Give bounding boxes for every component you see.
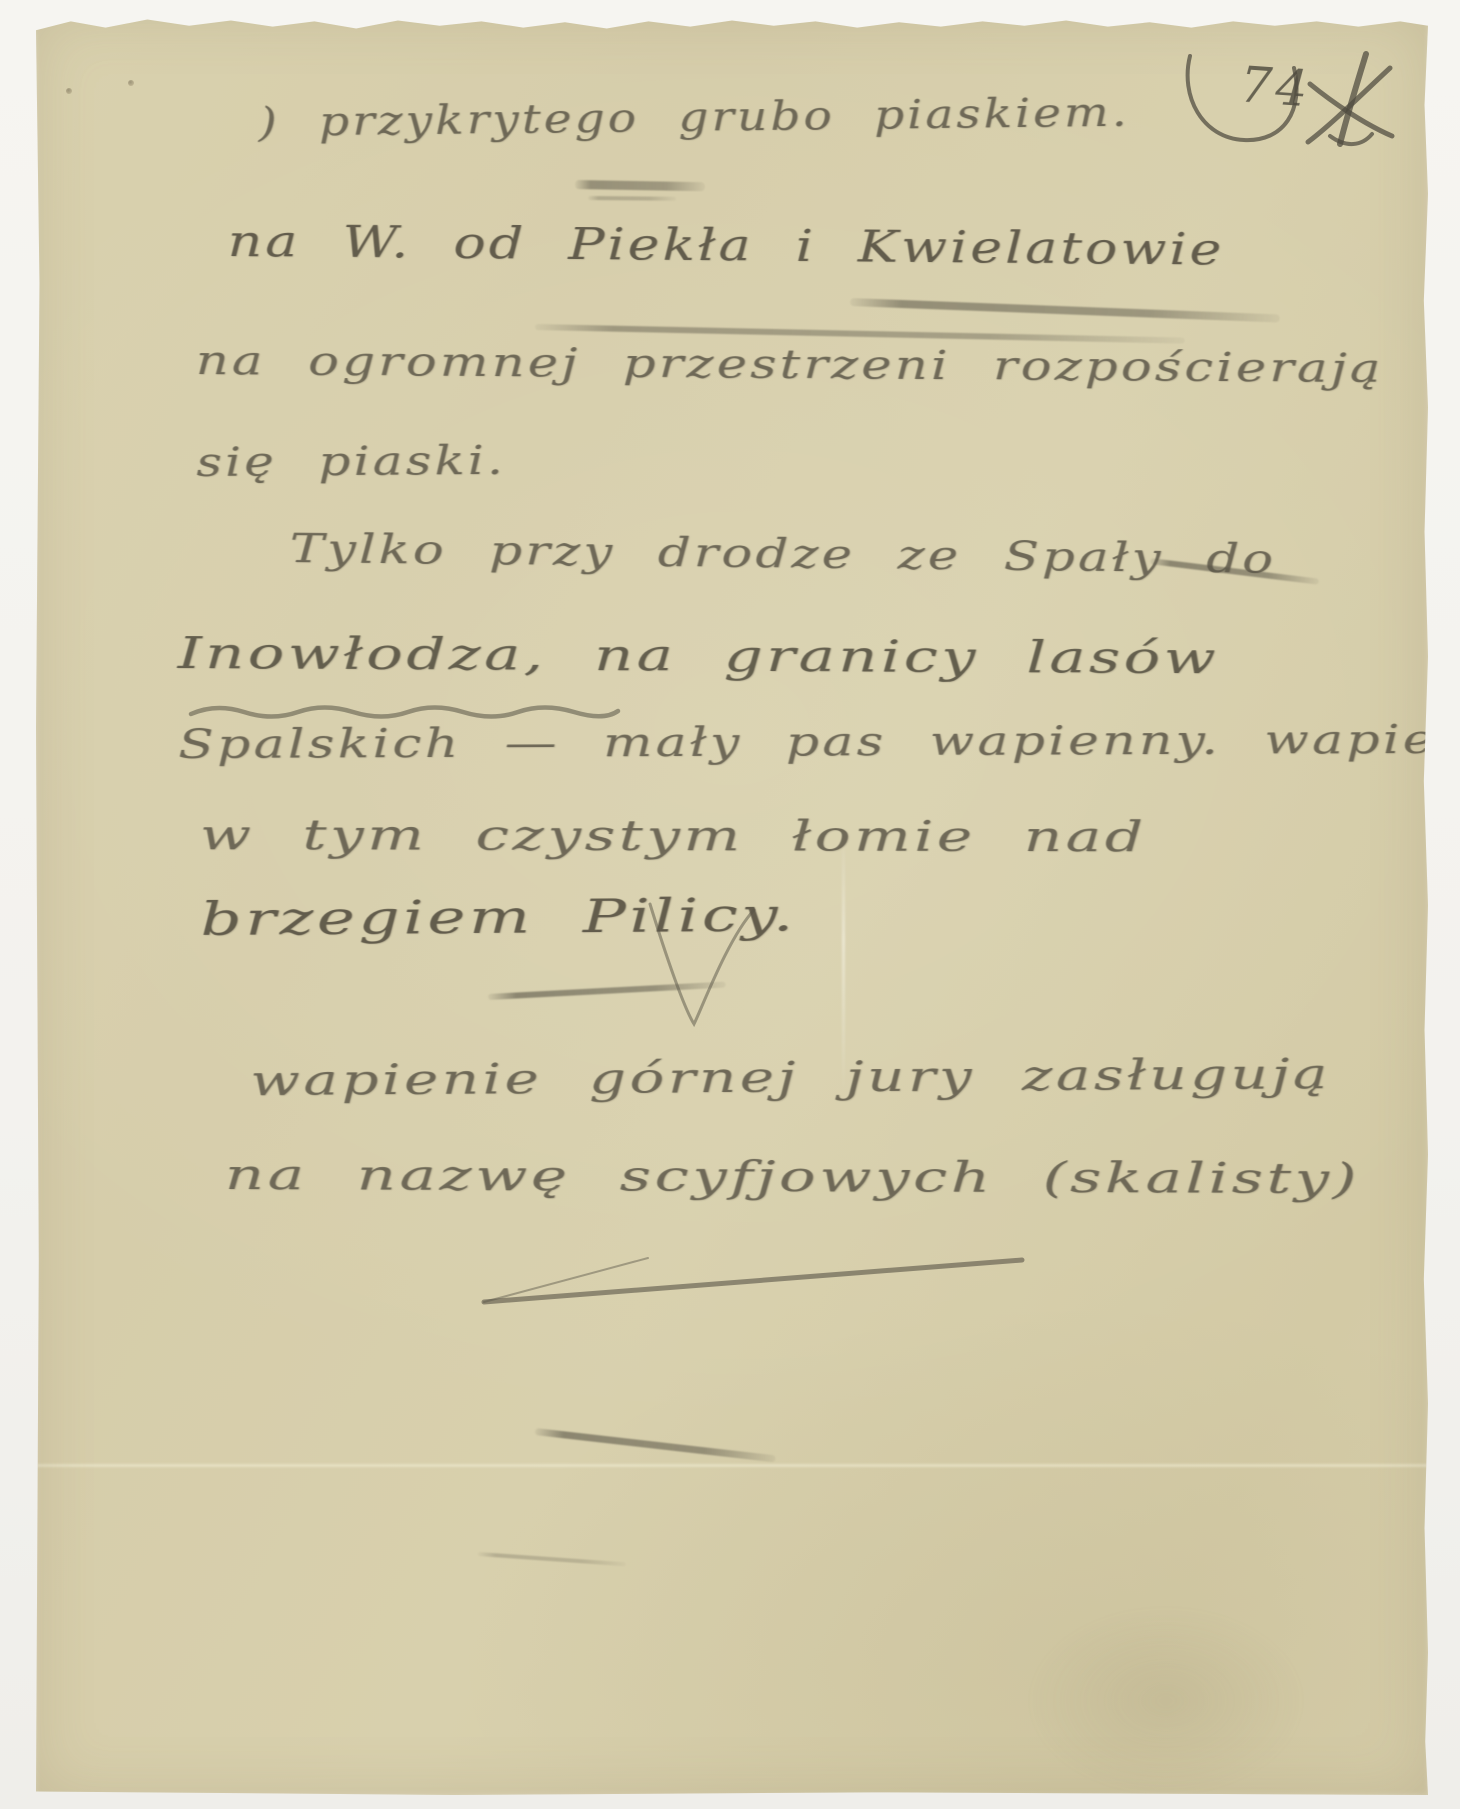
handwritten-line: wapienie górnej jury zasługują	[250, 1049, 1331, 1105]
corner-cross-mark-icon	[1292, 50, 1404, 154]
handwritten-line: ) przykrytego grubo piaskiem.	[258, 90, 1130, 146]
pinhole	[128, 80, 134, 86]
underline-stroke	[588, 196, 676, 201]
arrow-divider-icon	[466, 1238, 1046, 1330]
divider-stroke	[478, 1552, 626, 1566]
underline-stroke	[575, 180, 705, 191]
underline-stroke	[850, 298, 1280, 323]
pinhole	[66, 88, 72, 94]
handwritten-line: Spalskich — mały pas wapienny. wapień	[178, 717, 1460, 768]
handwritten-line: na ogromnej przestrzeni rozpościerają	[195, 338, 1383, 392]
scan-artifact-line	[36, 1464, 1428, 1467]
divider-stroke	[535, 1428, 776, 1462]
scan-background: 74 ) przykrytego grubo piaskiem. na W. o…	[0, 0, 1460, 1809]
handwritten-line: Tylko przy drodze ze Spały do	[289, 526, 1276, 583]
pen-flourish-icon	[636, 896, 766, 1036]
handwritten-line: na W. od Piekła i Kwielatowie	[227, 216, 1224, 276]
handwritten-line: na nazwę scyfjowych (skalisty)	[225, 1150, 1361, 1203]
handwritten-line: w tym czystym łomie nad	[200, 810, 1147, 861]
manuscript-page: 74 ) przykrytego grubo piaskiem. na W. o…	[36, 16, 1428, 1795]
handwritten-line: się piaski.	[196, 438, 506, 486]
handwritten-line: Inowłodza, na granicy lasów	[178, 628, 1220, 684]
pencil-smudge	[1026, 1606, 1306, 1796]
